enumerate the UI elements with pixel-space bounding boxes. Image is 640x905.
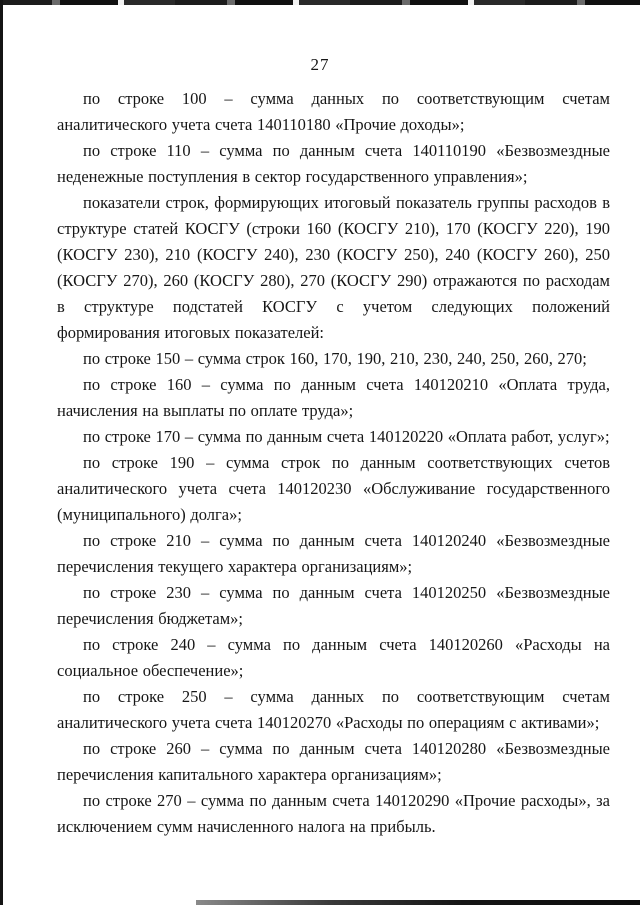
- document-page: 27 по строке 100 – сумма данных по соотв…: [0, 0, 640, 905]
- paragraph-line-110: по строке 110 – сумма по данным счета 14…: [57, 138, 610, 190]
- page-bottom-border: [196, 900, 640, 905]
- paragraph-line-190: по строке 190 – сумма строк по данным со…: [57, 450, 610, 528]
- document-body: по строке 100 – сумма данных по соответс…: [57, 86, 610, 840]
- page-top-border: [0, 0, 640, 5]
- paragraph-line-100: по строке 100 – сумма данных по соответс…: [57, 86, 610, 138]
- paragraph-line-240: по строке 240 – сумма по данным счета 14…: [57, 632, 610, 684]
- paragraph-line-230: по строке 230 – сумма по данным счета 14…: [57, 580, 610, 632]
- paragraph-kosgu-summary: показатели строк, формирующих итоговый п…: [57, 190, 610, 346]
- paragraph-line-160: по строке 160 – сумма по данным счета 14…: [57, 372, 610, 424]
- paragraph-line-260: по строке 260 – сумма по данным счета 14…: [57, 736, 610, 788]
- paragraph-line-150: по строке 150 – сумма строк 160, 170, 19…: [57, 346, 610, 372]
- paragraph-line-170: по строке 170 – сумма по данным счета 14…: [57, 424, 610, 450]
- page-number: 27: [0, 55, 640, 75]
- paragraph-line-210: по строке 210 – сумма по данным счета 14…: [57, 528, 610, 580]
- paragraph-line-270: по строке 270 – сумма по данным счета 14…: [57, 788, 610, 840]
- paragraph-line-250: по строке 250 – сумма данных по соответс…: [57, 684, 610, 736]
- page-left-border: [0, 0, 3, 905]
